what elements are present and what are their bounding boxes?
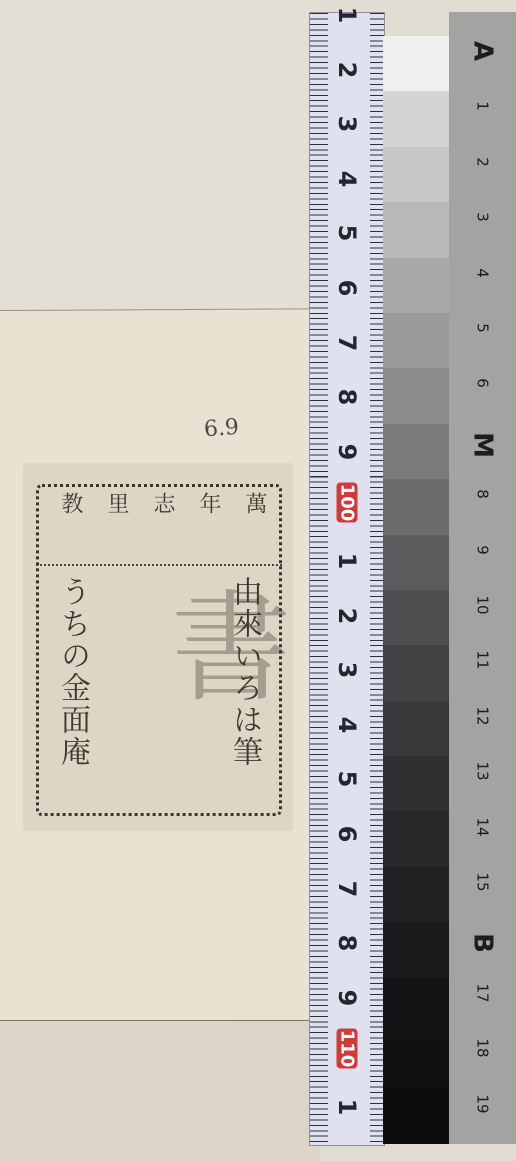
ruler-number: 3: [333, 107, 361, 141]
grey-patch: [383, 479, 449, 534]
grey-scale-label: 15: [474, 849, 492, 916]
ruler-number: 1: [333, 0, 361, 32]
label-top-4: 里: [101, 492, 132, 516]
ruler-number: 8: [333, 380, 361, 414]
grey-scale-strip: [383, 36, 449, 1144]
ruler-number: 1: [333, 544, 361, 578]
grey-patch: [383, 1033, 449, 1088]
grey-patch: [383, 590, 449, 645]
ruler-number: 110: [337, 1029, 358, 1069]
grey-scale-label: 6: [474, 350, 492, 417]
ruler-number: 5: [333, 216, 361, 250]
ruler-number: 6: [333, 271, 361, 305]
ruler-ticks-left: [310, 13, 328, 1145]
grey-patch: [383, 867, 449, 922]
grey-patch: [383, 368, 449, 423]
grey-patch: [383, 978, 449, 1033]
grey-patch: [383, 535, 449, 590]
grey-scale-label: 19: [474, 1070, 492, 1137]
ruler-number: 8: [333, 926, 361, 960]
grey-patch: [383, 424, 449, 479]
grey-patch: [383, 811, 449, 866]
ruler-number: 9: [333, 435, 361, 469]
label-left-column: うちの金面庵: [50, 576, 94, 768]
grey-patch: [383, 645, 449, 700]
ruler-ticks-right: [370, 13, 384, 1145]
grey-patch: [383, 922, 449, 977]
ruler-number: 5: [333, 762, 361, 796]
grey-patch: [383, 147, 449, 202]
background-paper-top: [0, 0, 320, 310]
label-top-3: 志: [147, 492, 178, 516]
grey-patch: [383, 36, 449, 91]
ruler-number: 4: [333, 162, 361, 196]
label-center-column: 書: [134, 584, 306, 706]
handwritten-note: 6.9: [203, 415, 240, 442]
grey-patch: [383, 701, 449, 756]
ruler-number: 2: [333, 599, 361, 633]
ruler-number: 9: [333, 981, 361, 1015]
grey-patch: [383, 756, 449, 811]
ruler-number: 6: [333, 817, 361, 851]
grey-patch: [383, 313, 449, 368]
label-top-1: 萬: [239, 492, 270, 516]
label-top-2: 年: [193, 492, 224, 516]
ruler-number: 1: [333, 1090, 361, 1124]
ruler-number: 2: [333, 53, 361, 87]
ruler-number: 4: [333, 708, 361, 742]
measuring-ruler: 1234567891001234567891101: [309, 12, 385, 1146]
ruler-number: 100: [337, 483, 358, 523]
printed-label: 萬 年 志 里 教 由來いろは筆 書 うちの金面庵: [24, 464, 292, 830]
grey-patch: [383, 1088, 449, 1143]
grey-patch: [383, 202, 449, 257]
grey-scale-card: A123456M89101112131415B171819: [449, 12, 516, 1144]
grey-patch: [383, 258, 449, 313]
ruler-number: 7: [333, 872, 361, 906]
ruler-number: 3: [333, 653, 361, 687]
label-divider: [36, 564, 282, 566]
grey-patch: [383, 91, 449, 146]
background-paper-bottom: [0, 1020, 320, 1161]
ruler-number: 7: [333, 326, 361, 360]
label-top-5: 教: [55, 492, 86, 516]
